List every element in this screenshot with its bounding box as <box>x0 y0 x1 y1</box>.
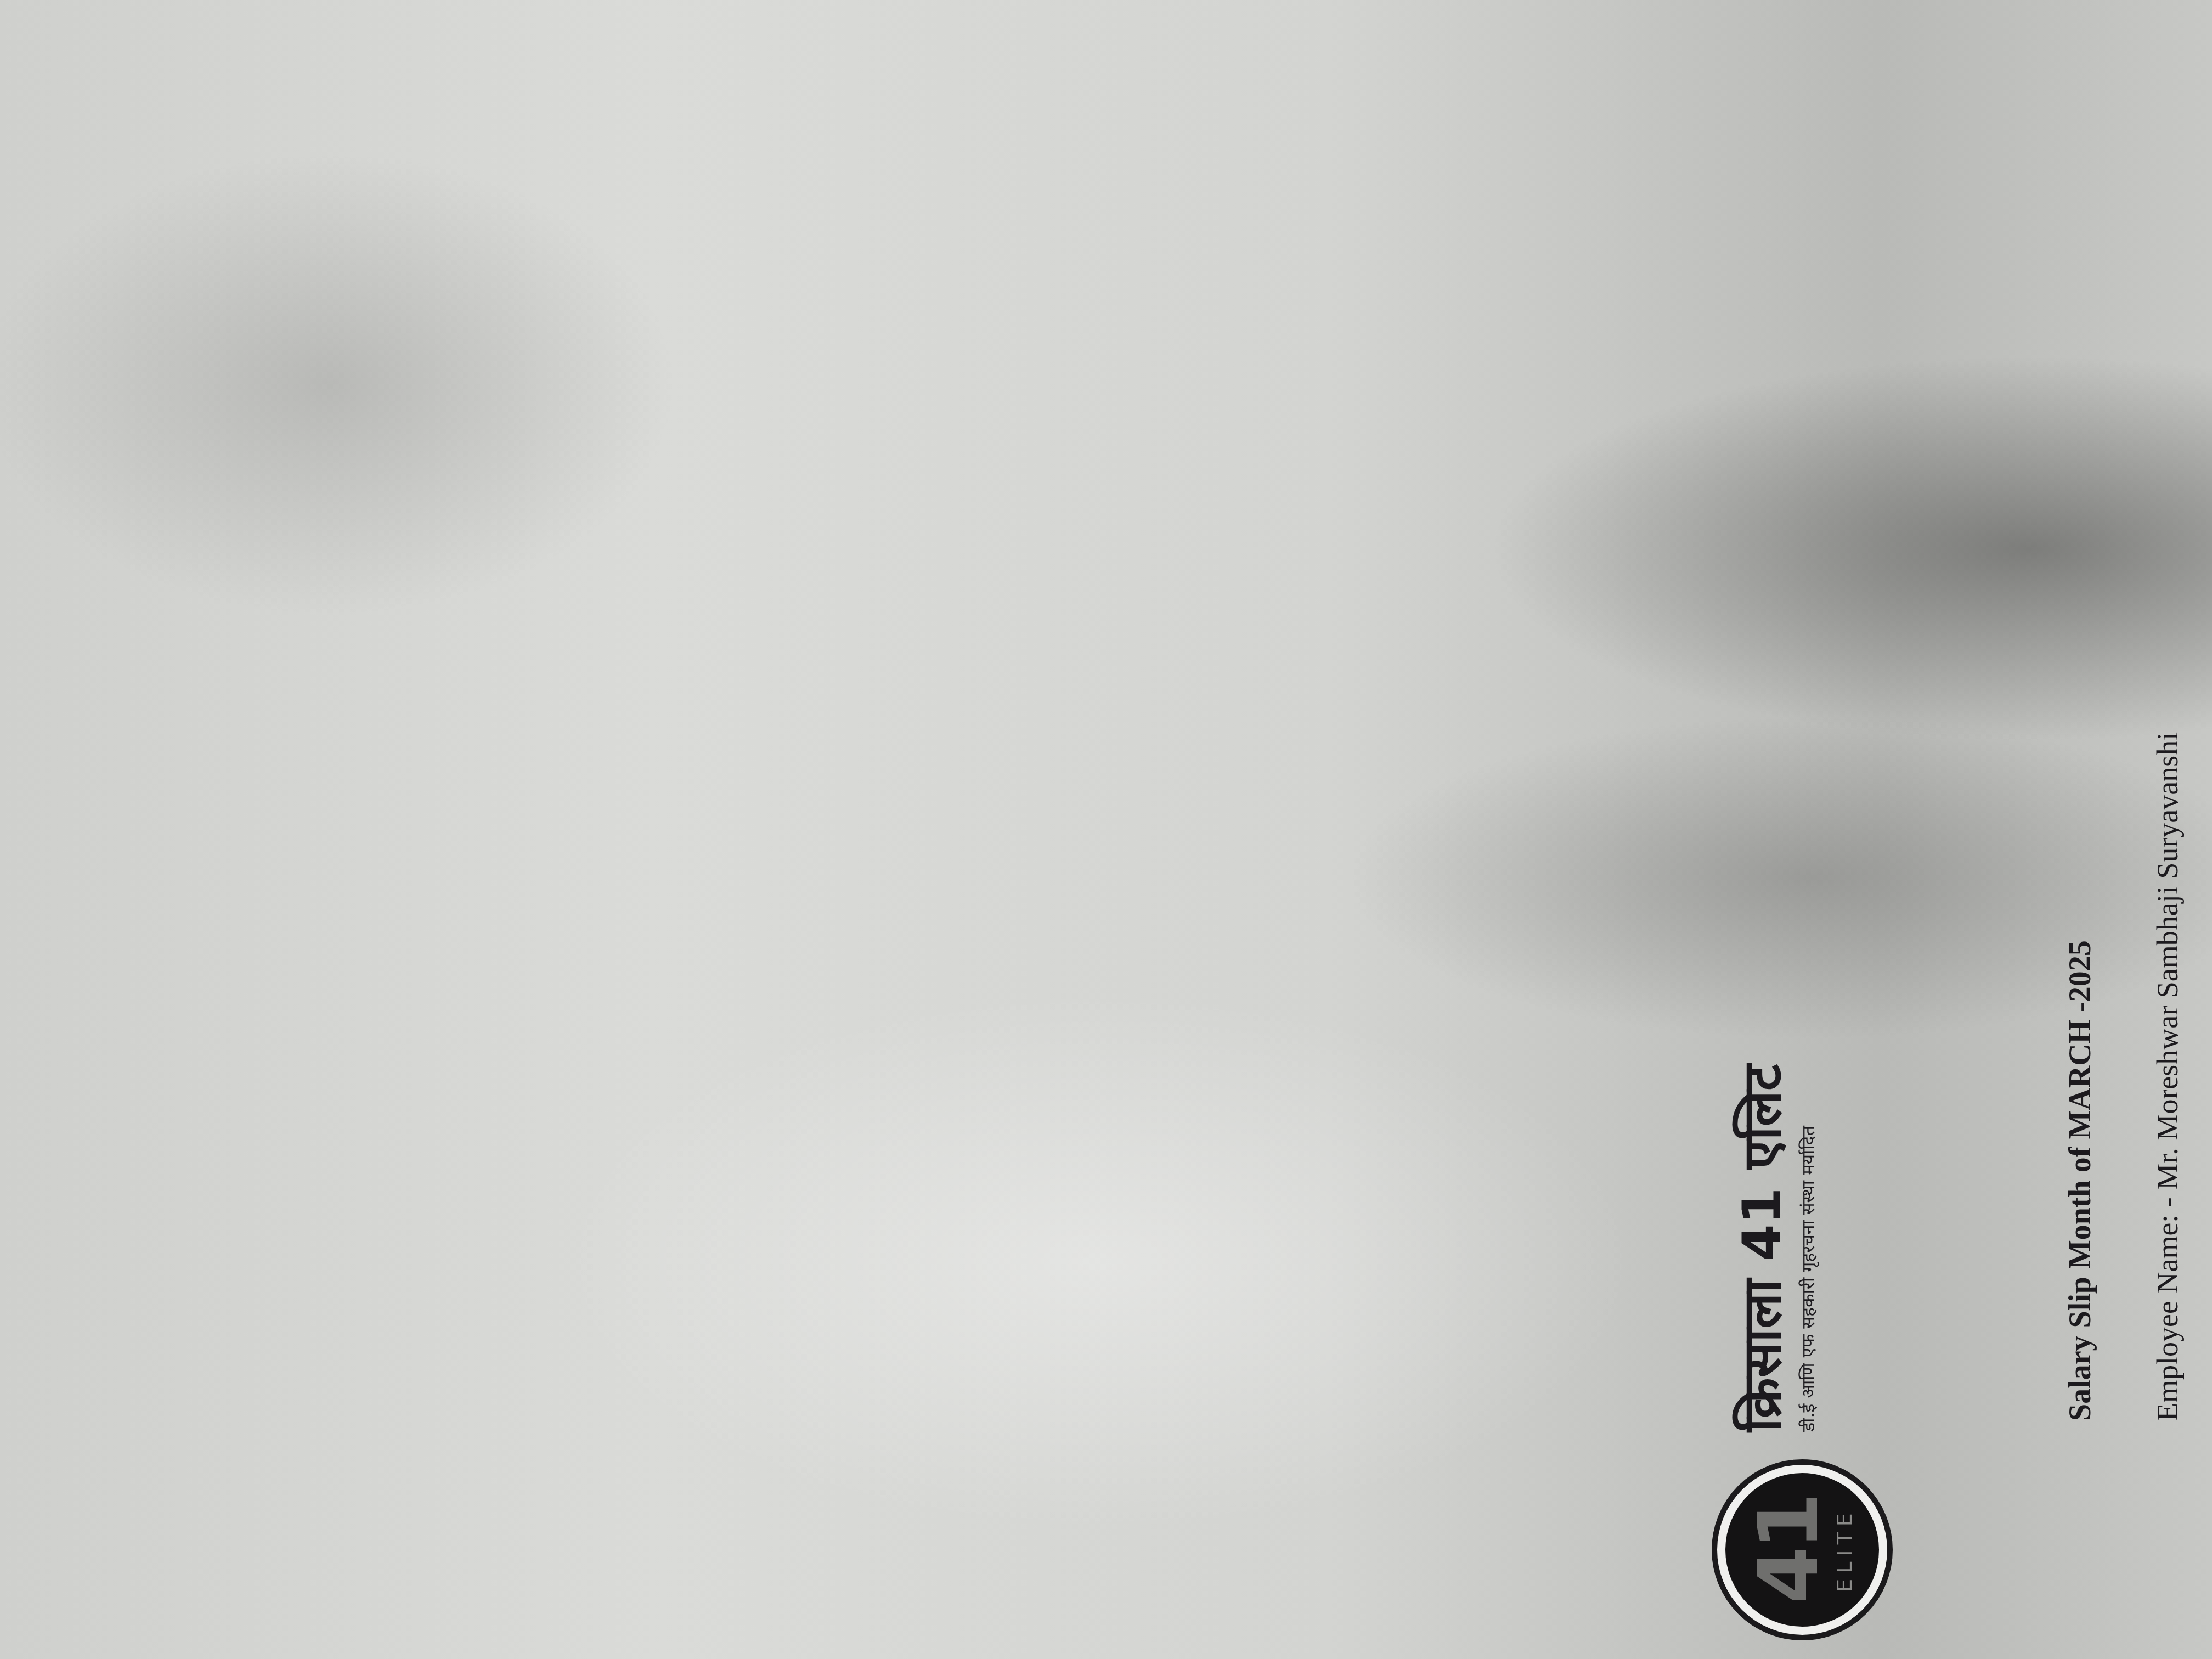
society-logo: 41 ELITE <box>1712 1459 1893 1640</box>
logo-emblem-icon: 41 ELITE <box>1725 1473 1879 1627</box>
letterhead-name: क्रिसाला 41 एलिट <box>1734 1064 1792 1432</box>
employee-name: Employee Name: - Mr. Moreshwar Sambhaji … <box>2151 732 2185 1421</box>
letterhead: क्रिसाला 41 एलिट डी.ई आणि एफ सहकारी गृहर… <box>1734 1064 1820 1432</box>
salary-slip-page: 41 ELITE क्रिसाला 41 एलिट डी.ई आणि एफ सह… <box>1712 55 2212 1646</box>
logo-number: 41 <box>1748 1496 1830 1604</box>
letterhead-subtitle: डी.ई आणि एफ सहकारी गृहरचना संस्था मर्याद… <box>1796 1064 1820 1432</box>
slip-title: Salary Slip Month of MARCH -2025 <box>2063 940 2098 1421</box>
logo-word: ELITE <box>1832 1508 1857 1592</box>
